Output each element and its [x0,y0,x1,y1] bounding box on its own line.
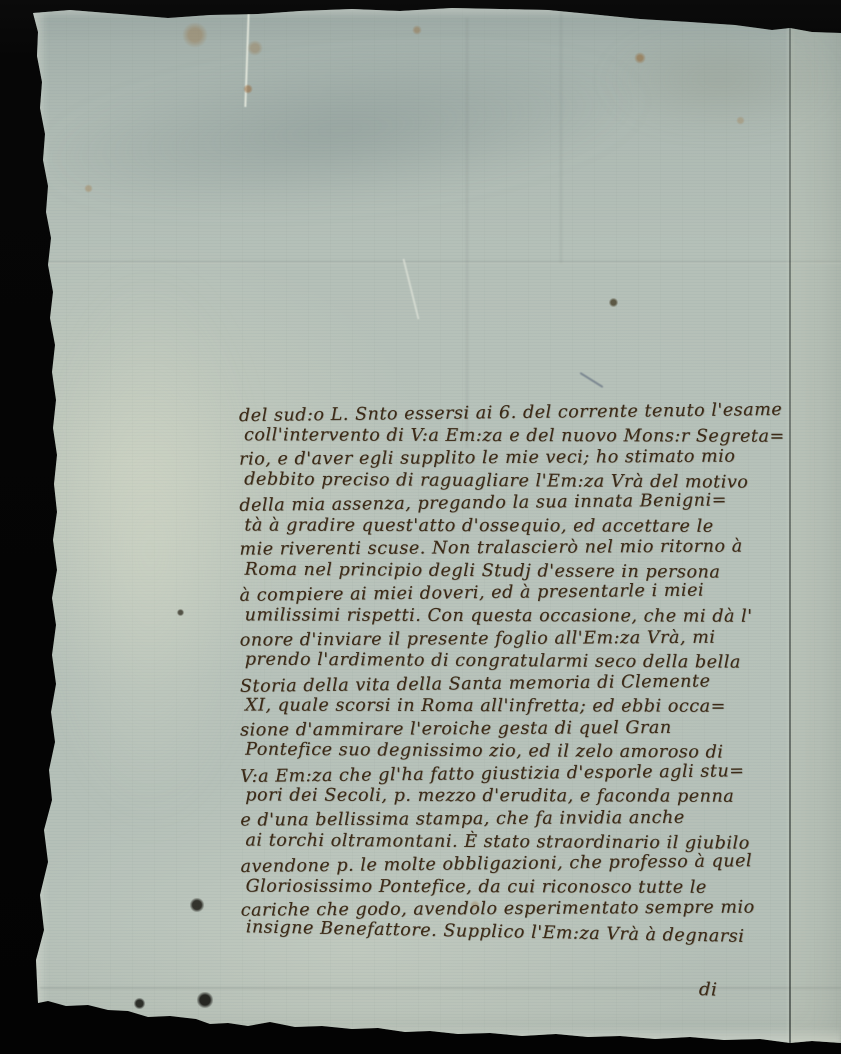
letter-text-block: del sud:o L. Snto essersi ai 6. del corr… [239,401,793,1023]
manuscript-line: onore d'inviare il presente foglio all'E… [240,627,716,652]
manuscript-line: Pontefice suo degnissimo zio, ed il zelo… [245,739,723,764]
manuscript-line: tà à gradire quest'atto d'ossequio, ed a… [244,515,713,538]
manuscript-line: prendo l'ardimento di congratularmi seco… [245,649,741,674]
manuscript-line: XI, quale scorsi in Roma all'infretta; e… [245,694,726,717]
manuscript-line: mie riverenti scuse. Non tralascierò nel… [239,536,742,561]
manuscript-line: rio, e d'aver egli supplito le mie veci;… [239,446,735,471]
manuscript-line: insigne Benefattore. Supplico l'Em:za Vr… [246,916,745,948]
manuscript-line: coll'intervento di V:a Em:za e del nuovo… [244,424,785,447]
manuscript-line: pori dei Secoli, p. mezzo d'erudita, e f… [245,784,734,807]
manuscript-line: sione d'ammirare l'eroiche gesta di quel… [240,717,672,742]
scanned-manuscript-image: { "scan": { "background_color": "#050505… [0,0,841,1054]
manuscript-page: del sud:o L. Snto essersi ai 6. del corr… [0,0,841,1054]
manuscript-line: e d'una bellissima stampa, che fa invidi… [240,807,685,832]
manuscript-line: del sud:o L. Snto essersi ai 6. del corr… [239,399,783,427]
catchword: di [699,979,718,1001]
manuscript-line: umilissimi rispetti. Con questa occasion… [245,604,753,627]
manuscript-line: avendone p. le molte obbligazioni, che p… [240,850,752,878]
manuscript-line: Gloriosissimo Pontefice, da cui riconosc… [246,876,707,899]
manuscript-line: della mia assenza, pregando la sua innat… [239,489,727,517]
manuscript-line: à compiere ai miei doveri, ed à presenta… [239,580,704,607]
